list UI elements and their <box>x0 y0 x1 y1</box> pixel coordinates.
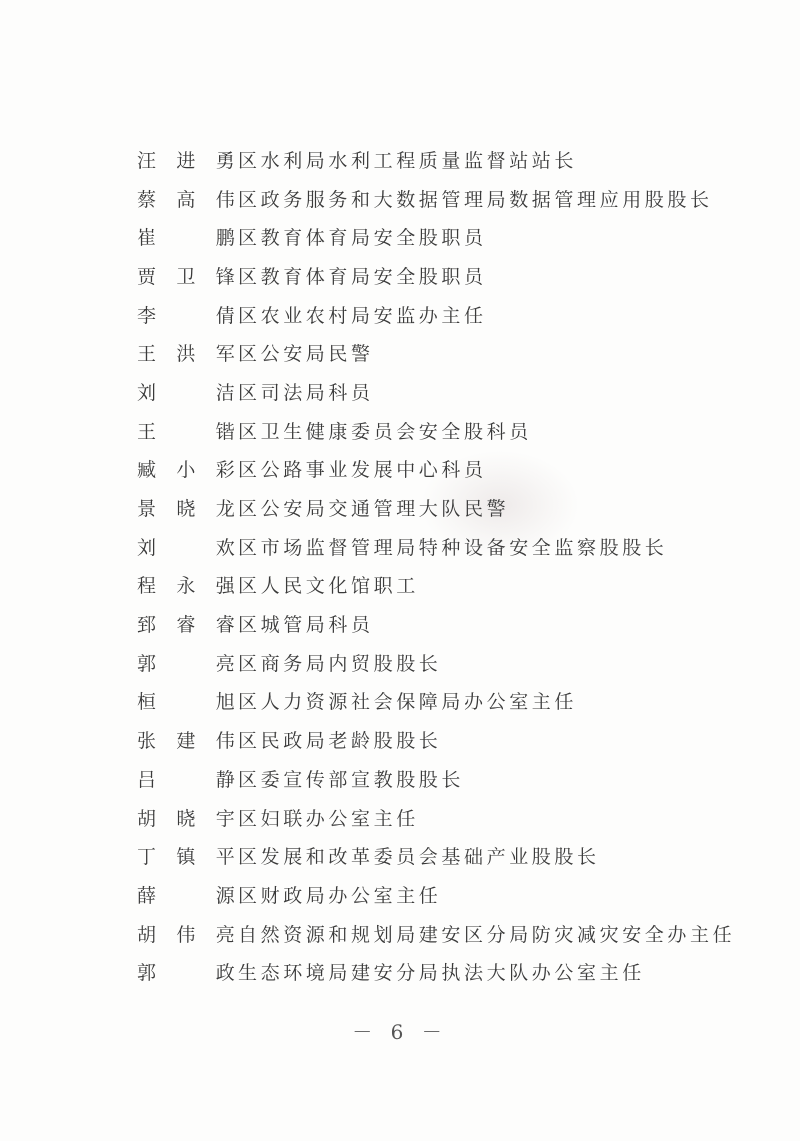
member-name: 胡伟亮 <box>137 920 238 947</box>
list-item: 王洪军区公安局民警 <box>137 333 735 372</box>
list-item: 景晓龙区公安局交通管理大队民警 <box>137 488 735 527</box>
member-title: 区发展和改革委员会基础产业股股长 <box>238 842 600 869</box>
member-title: 区公安局民警 <box>238 339 374 366</box>
list-item: 臧小彩区公路事业发展中心科员 <box>137 450 735 489</box>
list-item: 郅睿睿区城管局科员 <box>137 604 735 643</box>
list-item: 吕静区委宣传部宣教股股长 <box>137 759 735 798</box>
member-title: 区司法局科员 <box>238 378 374 405</box>
member-title: 自然资源和规划局建安区分局防灾减灾安全办主任 <box>238 920 735 947</box>
member-name: 郅睿睿 <box>137 610 238 637</box>
member-title: 区商务局内贸股股长 <box>238 649 441 676</box>
list-item: 崔鹏区教育体育局安全股职员 <box>137 217 735 256</box>
member-name: 王洪军 <box>137 339 238 366</box>
member-name: 丁镇平 <box>137 842 238 869</box>
member-title: 区卫生健康委员会安全股科员 <box>238 417 532 444</box>
list-item: 汪进勇区水利局水利工程质量监督站站长 <box>137 140 735 179</box>
member-title: 区农业农村局安监办主任 <box>238 301 487 328</box>
member-name: 崔鹏 <box>137 223 238 250</box>
member-name: 汪进勇 <box>137 146 238 173</box>
member-title: 区人力资源社会保障局办公室主任 <box>238 687 577 714</box>
list-item: 薛源区财政局办公室主任 <box>137 875 735 914</box>
member-title: 区政务服务和大数据管理局数据管理应用股股长 <box>238 185 713 212</box>
member-title: 区人民文化馆职工 <box>238 571 419 598</box>
list-item: 郭政生态环境局建安分局执法大队办公室主任 <box>137 952 735 991</box>
member-title: 区妇联办公室主任 <box>238 804 419 831</box>
list-item: 李倩区农业农村局安监办主任 <box>137 295 735 334</box>
document-page: 汪进勇区水利局水利工程质量监督站站长蔡高伟区政务服务和大数据管理局数据管理应用股… <box>0 0 800 1141</box>
member-name: 胡晓宇 <box>137 804 238 831</box>
member-title: 区教育体育局安全股职员 <box>238 262 487 289</box>
list-item: 刘欢区市场监督管理局特种设备安全监察股股长 <box>137 527 735 566</box>
member-title: 生态环境局建安分局执法大队办公室主任 <box>238 958 645 985</box>
page-number: － 6 － <box>0 1016 800 1045</box>
member-name: 贾卫锋 <box>137 262 238 289</box>
member-title: 区城管局科员 <box>238 610 374 637</box>
list-item: 桓旭区人力资源社会保障局办公室主任 <box>137 682 735 721</box>
member-title: 区民政局老龄股股长 <box>238 726 441 753</box>
member-title: 区委宣传部宣教股股长 <box>238 765 464 792</box>
member-title: 区教育体育局安全股职员 <box>238 223 487 250</box>
list-item: 蔡高伟区政务服务和大数据管理局数据管理应用股股长 <box>137 179 735 218</box>
member-name: 臧小彩 <box>137 455 238 482</box>
list-item: 王锴区卫生健康委员会安全股科员 <box>137 411 735 450</box>
list-item: 丁镇平区发展和改革委员会基础产业股股长 <box>137 836 735 875</box>
member-name: 蔡高伟 <box>137 185 238 212</box>
member-name: 刘欢 <box>137 533 238 560</box>
member-list: 汪进勇区水利局水利工程质量监督站站长蔡高伟区政务服务和大数据管理局数据管理应用股… <box>137 140 735 991</box>
member-name: 郭亮 <box>137 649 238 676</box>
member-title: 区公安局交通管理大队民警 <box>238 494 509 521</box>
list-item: 张建伟区民政局老龄股股长 <box>137 720 735 759</box>
member-title: 区市场监督管理局特种设备安全监察股股长 <box>238 533 667 560</box>
member-name: 吕静 <box>137 765 238 792</box>
member-name: 王锴 <box>137 417 238 444</box>
list-item: 贾卫锋区教育体育局安全股职员 <box>137 256 735 295</box>
member-name: 景晓龙 <box>137 494 238 521</box>
member-title: 区财政局办公室主任 <box>238 881 441 908</box>
list-item: 胡伟亮自然资源和规划局建安区分局防灾减灾安全办主任 <box>137 914 735 953</box>
member-name: 张建伟 <box>137 726 238 753</box>
list-item: 胡晓宇区妇联办公室主任 <box>137 798 735 837</box>
list-item: 刘洁区司法局科员 <box>137 372 735 411</box>
member-name: 刘洁 <box>137 378 238 405</box>
member-name: 程永强 <box>137 571 238 598</box>
list-item: 程永强区人民文化馆职工 <box>137 566 735 605</box>
member-title: 区水利局水利工程质量监督站站长 <box>238 146 577 173</box>
member-name: 李倩 <box>137 301 238 328</box>
member-name: 薛源 <box>137 881 238 908</box>
member-title: 区公路事业发展中心科员 <box>238 455 487 482</box>
member-name: 郭政 <box>137 958 238 985</box>
member-name: 桓旭 <box>137 687 238 714</box>
list-item: 郭亮区商务局内贸股股长 <box>137 643 735 682</box>
